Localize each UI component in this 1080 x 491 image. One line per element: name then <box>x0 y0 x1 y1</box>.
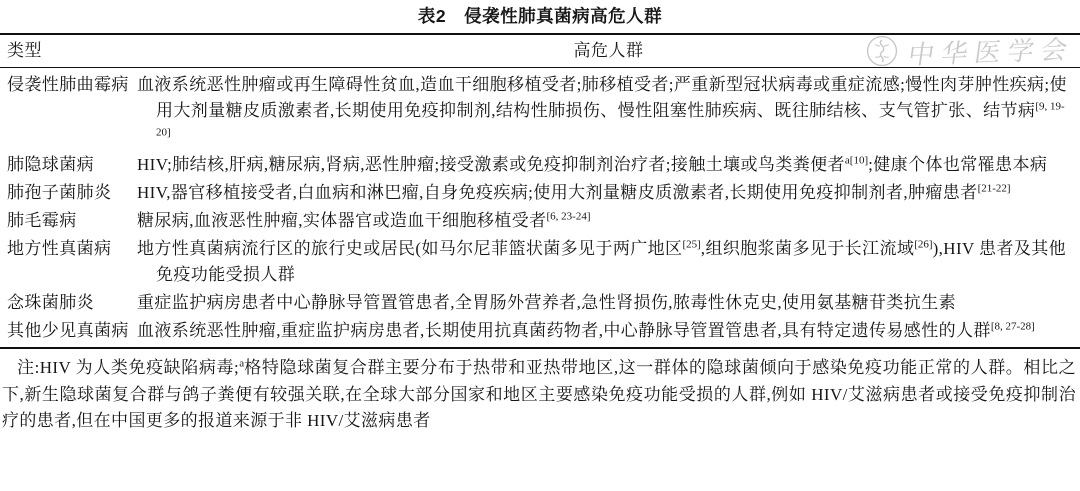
table-title: 表2侵袭性肺真菌病高危人群 <box>0 0 1080 26</box>
table-number: 表2 <box>418 6 446 26</box>
table-row: 肺隐球菌病HIV;肺结核,肝病,糖尿病,肾病,恶性肿瘤;接受激素或免疫抑制剂治疗… <box>0 151 1080 179</box>
table-note: 注:HIV 为人类免疫缺陷病毒;a格特隐球菌复合群主要分布于热带和亚热带地区,这… <box>0 352 1080 435</box>
table-row: 地方性真菌病地方性真菌病流行区的旅行史或居民(如马尔尼菲篮状菌多见于两广地区[2… <box>0 235 1080 289</box>
text-run: 注:HIV 为人类免疫缺陷病毒; <box>17 358 239 377</box>
disease-type-cell: 肺孢子菌肺炎 <box>0 179 137 207</box>
journal-table-page: 表2侵袭性肺真菌病高危人群 中华医学会 类型 高危人群 侵袭性肺曲霉病血液系统恶… <box>0 0 1080 491</box>
disease-type-cell: 肺隐球菌病 <box>0 151 137 179</box>
header-population: 高危人群 <box>137 34 1080 68</box>
text-run: HIV,器官移植接受者,白血病和淋巴瘤,自身免疫疾病;使用大剂量糖皮质激素者,长… <box>137 183 978 202</box>
text-run: ,组织胞浆菌多见于长江流域 <box>701 239 914 258</box>
disease-type-cell: 肺毛霉病 <box>0 207 137 235</box>
text-run: 地方性真菌病流行区的旅行史或居民(如马尔尼菲篮状菌多见于两广地区 <box>137 239 682 258</box>
risk-population-cell: HIV;肺结核,肝病,糖尿病,肾病,恶性肿瘤;接受激素或免疫抑制剂治疗者;接触土… <box>137 151 1080 179</box>
table-body: 侵袭性肺曲霉病血液系统恶性肿瘤或再生障碍性贫血,造血干细胞移植受者;肺移植受者;… <box>0 68 1080 349</box>
text-run: 血液系统恶性肿瘤或再生障碍性贫血,造血干细胞移植受者;肺移植受者;严重新型冠状病… <box>137 75 1067 120</box>
reference-superscript: [25] <box>682 238 700 250</box>
risk-population-table: 类型 高危人群 侵袭性肺曲霉病血液系统恶性肿瘤或再生障碍性贫血,造血干细胞移植受… <box>0 33 1080 349</box>
text-run: 血液系统恶性肿瘤,重症监护病房患者,长期使用抗真菌药物者,中心静脉导管置管患者,… <box>137 321 991 340</box>
risk-population-cell: 血液系统恶性肿瘤,重症监护病房患者,长期使用抗真菌药物者,中心静脉导管置管患者,… <box>137 317 1080 348</box>
text-run: HIV;肺结核,肝病,糖尿病,肾病,恶性肿瘤;接受激素或免疫抑制剂治疗者;接触土… <box>137 155 845 174</box>
text-run: 重症监护病房患者中心静脉导管置管患者,全胃肠外营养者,急性肾损伤,脓毒性休克史,… <box>137 293 956 312</box>
disease-type-cell: 念珠菌肺炎 <box>0 289 137 317</box>
reference-superscript: [26] <box>914 238 932 250</box>
disease-type-cell: 地方性真菌病 <box>0 235 137 289</box>
reference-superscript: [8, 27-28] <box>991 320 1035 332</box>
risk-population-cell: 糖尿病,血液恶性肿瘤,实体器官或造血干细胞移植受者[6, 23-24] <box>137 207 1080 235</box>
risk-population-cell: 血液系统恶性肿瘤或再生障碍性贫血,造血干细胞移植受者;肺移植受者;严重新型冠状病… <box>137 68 1080 152</box>
reference-superscript: [21-22] <box>978 182 1011 194</box>
table-row: 肺毛霉病糖尿病,血液恶性肿瘤,实体器官或造血干细胞移植受者[6, 23-24] <box>0 207 1080 235</box>
table-row: 肺孢子菌肺炎HIV,器官移植接受者,白血病和淋巴瘤,自身免疫疾病;使用大剂量糖皮… <box>0 179 1080 207</box>
reference-superscript: a[10] <box>845 154 868 166</box>
table-header: 类型 高危人群 <box>0 34 1080 68</box>
table-caption: 侵袭性肺真菌病高危人群 <box>464 6 662 26</box>
risk-population-cell: HIV,器官移植接受者,白血病和淋巴瘤,自身免疫疾病;使用大剂量糖皮质激素者,长… <box>137 179 1080 207</box>
text-run: ;健康个体也常罹患本病 <box>868 155 1047 174</box>
risk-population-cell: 地方性真菌病流行区的旅行史或居民(如马尔尼菲篮状菌多见于两广地区[25],组织胞… <box>137 235 1080 289</box>
table-row: 其他少见真菌病血液系统恶性肿瘤,重症监护病房患者,长期使用抗真菌药物者,中心静脉… <box>0 317 1080 348</box>
disease-type-cell: 其他少见真菌病 <box>0 317 137 348</box>
header-type: 类型 <box>0 34 137 68</box>
risk-population-cell: 重症监护病房患者中心静脉导管置管患者,全胃肠外营养者,急性肾损伤,脓毒性休克史,… <box>137 289 1080 317</box>
reference-superscript: [6, 23-24] <box>547 210 591 222</box>
table-row: 侵袭性肺曲霉病血液系统恶性肿瘤或再生障碍性贫血,造血干细胞移植受者;肺移植受者;… <box>0 68 1080 152</box>
disease-type-cell: 侵袭性肺曲霉病 <box>0 68 137 152</box>
table-row: 念珠菌肺炎重症监护病房患者中心静脉导管置管患者,全胃肠外营养者,急性肾损伤,脓毒… <box>0 289 1080 317</box>
header-row: 类型 高危人群 <box>0 34 1080 68</box>
text-run: 糖尿病,血液恶性肿瘤,实体器官或造血干细胞移植受者 <box>137 211 547 230</box>
